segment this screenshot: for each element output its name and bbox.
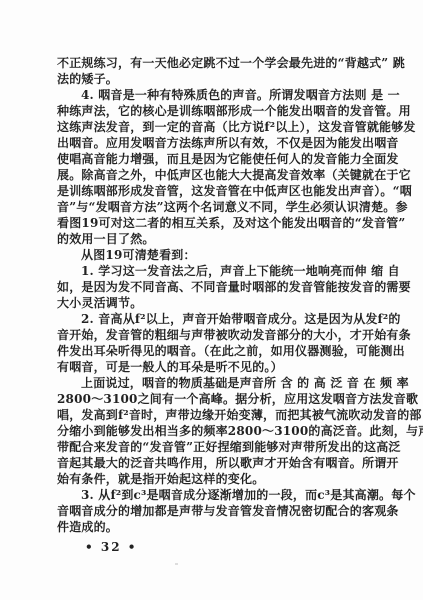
text-line: 看图19可对这二者的相互关系，及对这个能发出咽音的“发音管” xyxy=(57,215,373,231)
text-line: 音”与“发咽音方法”这两个名词意义不同，学生必须认识清楚。参 xyxy=(57,199,373,215)
body-text: 不正规练习，有一天他必定跳不过一个学会最先进的“背越式” 跳法的矮子。4. 咽音… xyxy=(57,55,373,535)
text-line: 种练声法，它的核心是训练咽部形成一个能发出咽音的发音管。用 xyxy=(57,103,373,119)
text-line: 法的矮子。 xyxy=(57,71,373,87)
text-line: 从图19可清楚看到： xyxy=(57,247,373,263)
text-line: 带配合来发音的“发音管”正好捏缩到能够对声带所发出的这高泛 xyxy=(57,439,373,455)
text-line: 1. 学习这一发音法之后，声音上下能统一地响亮而伸 缩 自 xyxy=(57,263,373,279)
text-line: 的效用一目了然。 xyxy=(57,231,373,247)
page-number: • 32 • xyxy=(85,540,137,554)
text-line: 唱，发高到f²音时，声带边缘开始变薄，而把其被气流吹动发音的部 xyxy=(57,407,373,423)
text-line: 是训练咽部形成发音管，这发音管在中低声区也能发出声音）。“咽 xyxy=(57,183,373,199)
text-line: 出咽音。应用发咽音方法练声所以有效，不仅是因为能发出咽音 xyxy=(57,135,373,151)
text-line: 4. 咽音是一种有特殊质色的声音。所谓发咽音方法则 是 一 xyxy=(57,87,373,103)
text-line: 大小灵活调节。 xyxy=(57,295,373,311)
text-line: 2800～3100之间有一个高峰。据分析，应用这发咽音方法发音歌 xyxy=(57,391,373,407)
scan-speck xyxy=(175,563,178,565)
text-line: 音起其最大的泛音共鸣作用，所以歌声才开始含有咽音。所谓开 xyxy=(57,455,373,471)
text-line: 不正规练习，有一天他必定跳不过一个学会最先进的“背越式” 跳 xyxy=(57,55,373,71)
text-line: 音开始，发音管的粗细与声带被吹动发音部分的大小，才开始有条 xyxy=(57,327,373,343)
text-line: 展。除高音之外，中低声区也能大大提高发音效率（关键就在于它 xyxy=(57,167,373,183)
text-line: 始有条件，就是指开始起这样的变化。 xyxy=(57,471,373,487)
text-line: 使唱高音能力增强，而且是因为它能使任何人的发音能力全面发 xyxy=(57,151,373,167)
document-page: 不正规练习，有一天他必定跳不过一个学会最先进的“背越式” 跳法的矮子。4. 咽音… xyxy=(0,0,423,600)
text-line: 音咽音成分的增加都是声带与发音管发音情况密切配合的客观条 xyxy=(57,503,373,519)
text-line: 有咽音，可是一般人的耳朵是听不见的。） xyxy=(57,359,373,375)
text-line: 3. 从f²到c³是咽音成分逐渐增加的一段，而c³是其高潮。每个 xyxy=(57,487,373,503)
text-line: 上面说过，咽音的物质基础是声音所 含 的 高 泛 音 在 频 率 xyxy=(57,375,373,391)
text-line: 如，是因为发不同音高、不同音量时咽部的发音管能按发音的需要 xyxy=(57,279,373,295)
text-line: 件造成的。 xyxy=(57,519,373,535)
text-line: 2. 音高从f²以上，声音开始带咽音成分。这是因为从发f²的 xyxy=(57,311,373,327)
text-line: 这练声法发音，到一定的音高（比方说f²以上），这发音管就能够发 xyxy=(57,119,373,135)
text-line: 件发出耳朵听得见的咽音。（在此之前，如用仪器测验，可能测出 xyxy=(57,343,373,359)
text-line: 分缩小到能够发出相当多的频率2800～3100的高泛音。此刻，与声 xyxy=(57,423,373,439)
